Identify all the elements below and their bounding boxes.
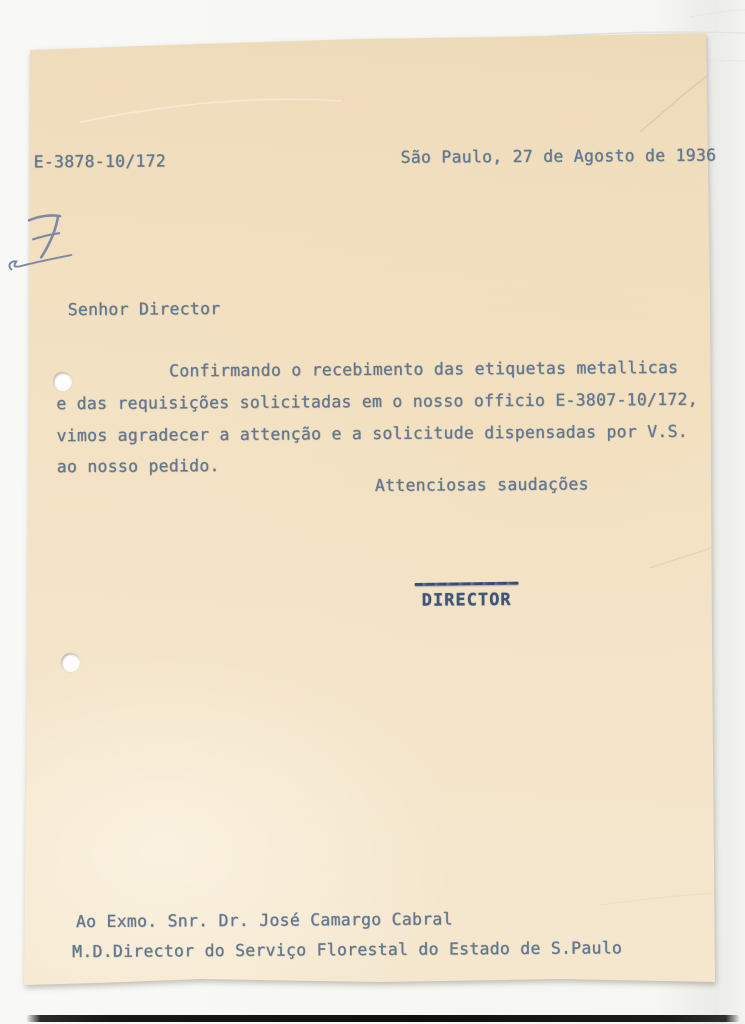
salutation: Senhor Director bbox=[68, 299, 221, 319]
handwritten-seven-mark bbox=[3, 198, 96, 283]
body-line: e das requisições solicitadas em o nosso… bbox=[56, 390, 698, 413]
punch-hole-bottom bbox=[61, 653, 80, 672]
scanner-edge-bar bbox=[26, 1015, 740, 1022]
recipient-title-line: M.D.Director do Serviço Florestal do Est… bbox=[72, 938, 622, 961]
scanned-letter-page: E-3878-10/172 São Paulo, 27 de Agosto de… bbox=[0, 0, 745, 1024]
body-line: vimos agradecer a attenção e a solicitud… bbox=[56, 422, 688, 445]
signature-title: DIRECTOR bbox=[411, 590, 523, 611]
letter-content: E-3878-10/172 São Paulo, 27 de Agosto de… bbox=[0, 0, 745, 1024]
punch-hole-top bbox=[53, 372, 72, 391]
dateline: São Paulo, 27 de Agosto de 1936 bbox=[401, 146, 717, 167]
body-line: Confirmando o recebimento das etiquetas … bbox=[169, 358, 678, 381]
body-line: ao nosso pedido. bbox=[57, 456, 220, 476]
closing-phrase: Attenciosas saudações bbox=[375, 474, 589, 494]
reference-number: E-3878-10/172 bbox=[34, 151, 167, 171]
recipient-name-line: Ao Exmo. Snr. Dr. José Camargo Cabral bbox=[76, 909, 453, 931]
recipient-block: Ao Exmo. Snr. Dr. José Camargo Cabral M.… bbox=[0, 529, 745, 610]
